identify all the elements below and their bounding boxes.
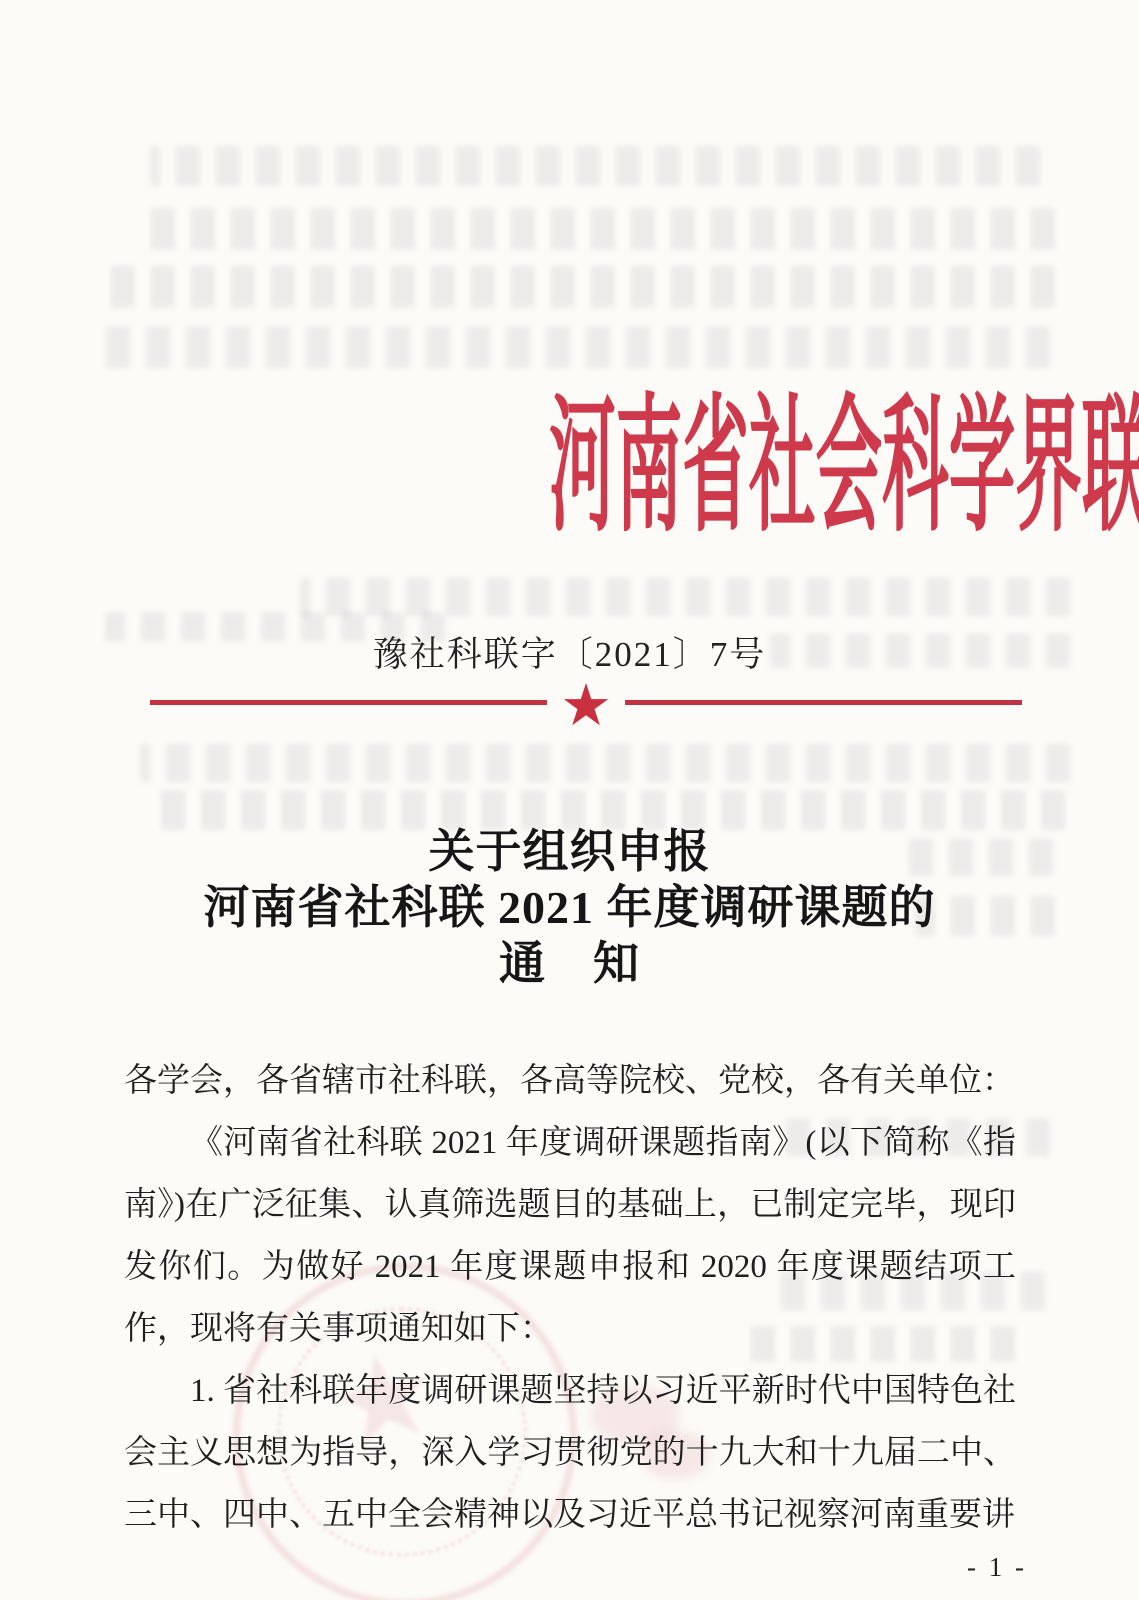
bleed-through-line	[100, 266, 1055, 308]
notice-title-line-2: 河南省社科联 2021 年度调研课题的	[0, 880, 1139, 936]
bleed-through-line	[140, 744, 1070, 782]
document-page: ★ 河南省社会科学界联合会文件 豫社科联字〔2021〕7号 ★ 关于组织申报 河…	[0, 0, 1139, 1600]
red-rule-left	[150, 700, 547, 705]
notice-title-line-1: 关于组织申报	[0, 824, 1139, 880]
body-text: 各学会，各省辖市社科联，各高等院校、党校，各有关单位： 《河南省社科联 2021…	[124, 1050, 1016, 1546]
bleed-through-line	[150, 146, 1040, 186]
bleed-through-line	[140, 208, 1055, 250]
page-number: - 1 -	[967, 1552, 1027, 1583]
notice-title-line-3: 通 知	[0, 936, 1139, 992]
red-rule-divider: ★	[150, 676, 1022, 728]
star-icon: ★	[560, 677, 612, 735]
masthead: 河南省社会科学界联合会文件	[20, 392, 1119, 544]
red-rule-right	[625, 700, 1022, 705]
salutation: 各学会，各省辖市社科联，各高等院校、党校，各有关单位：	[124, 1050, 1016, 1112]
masthead-title: 河南省社会科学界联合会文件	[549, 392, 1139, 544]
body-paragraph-2: 1. 省社科联年度调研课题坚持以习近平新时代中国特色社会主义思想为指导，深入学习…	[124, 1360, 1016, 1546]
document-number: 豫社科联字〔2021〕7号	[0, 632, 1139, 678]
bleed-through-line	[300, 578, 1070, 616]
body-paragraph-1: 《河南省社科联 2021 年度调研课题指南》(以下简称《指南》)在广泛征集、认真…	[124, 1112, 1016, 1360]
notice-title: 关于组织申报 河南省社科联 2021 年度调研课题的 通 知	[0, 824, 1139, 992]
bleed-through-line	[100, 326, 1050, 368]
